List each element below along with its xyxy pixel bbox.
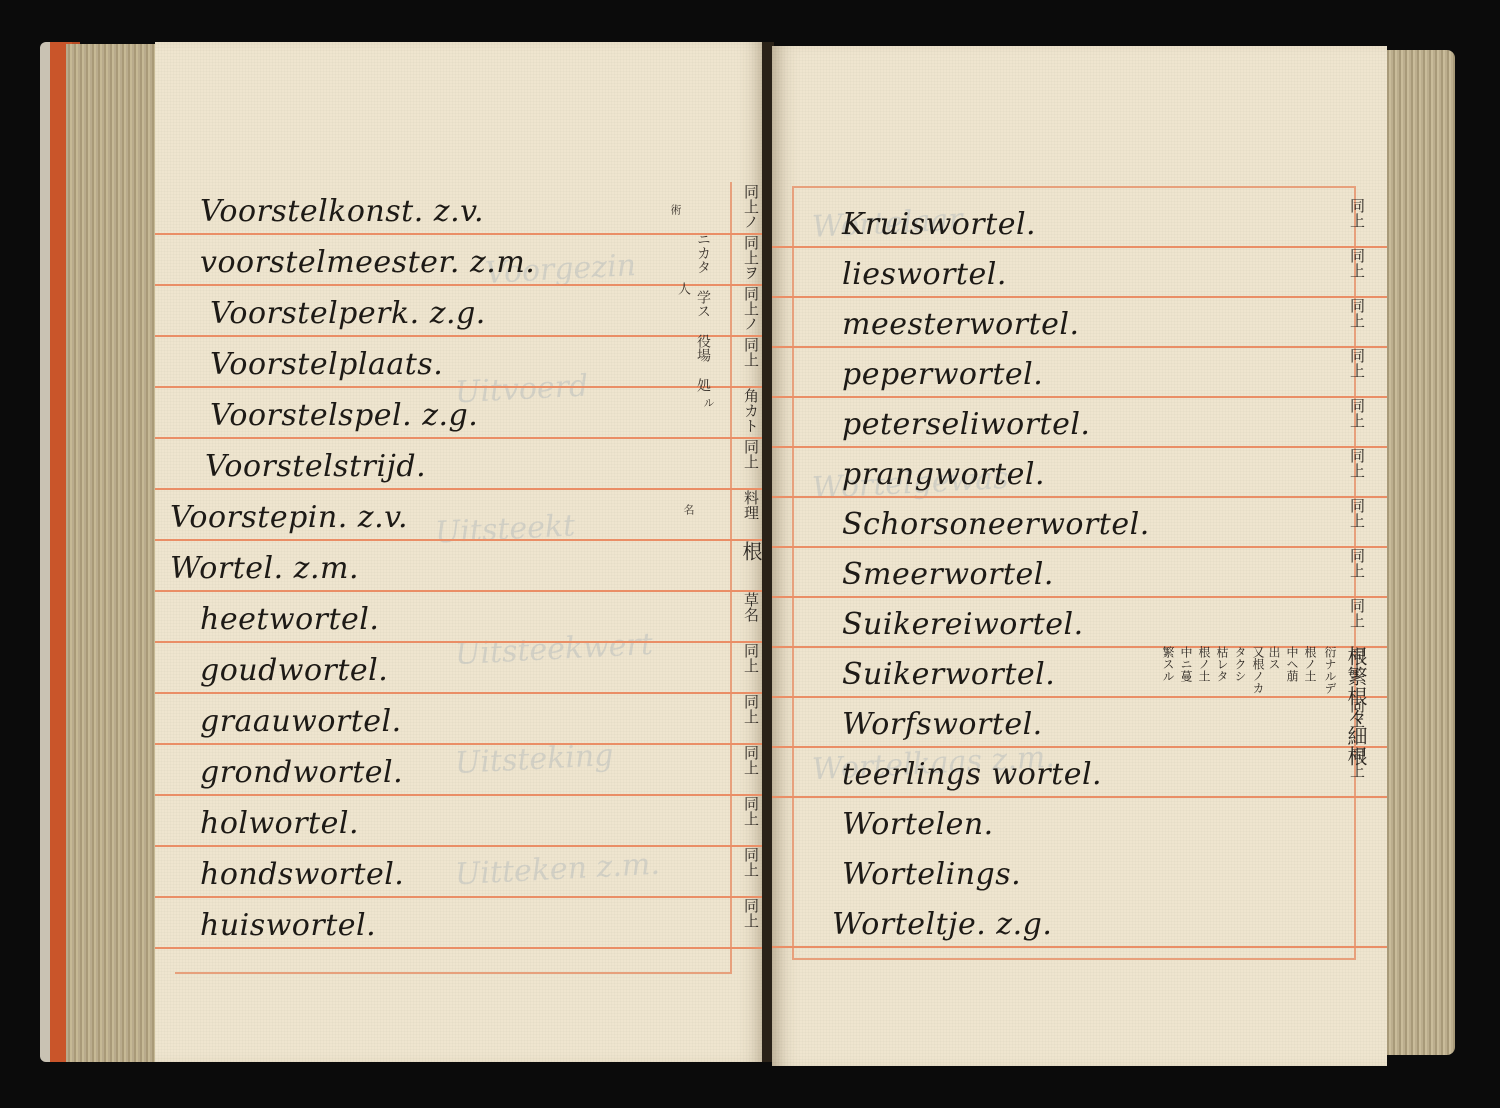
margin-note: ニカタ 学ス 役場 処: [695, 232, 711, 392]
japanese-gloss: 同上: [1339, 548, 1365, 578]
list-item: Worteltje. z.g.: [772, 896, 1387, 948]
japanese-gloss: 草名: [733, 592, 759, 622]
japanese-gloss: 同上ヲ: [733, 235, 759, 280]
dutch-headword: Suikereiwortel.: [842, 607, 1084, 642]
list-item: peperwortel. 同上: [772, 346, 1387, 398]
gloss-char: 繁: [1344, 666, 1368, 686]
dutch-headword: Voorstelplaats.: [210, 347, 443, 382]
list-item: Schorsoneerwortel. 同上: [772, 496, 1387, 548]
dutch-headword: huiswortel.: [200, 908, 376, 943]
list-item: Wortel. z.m. 根: [155, 539, 765, 592]
japanese-gloss: 根: [733, 541, 759, 561]
dutch-headword: Worteltje. z.g.: [832, 907, 1052, 942]
list-item: huiswortel. 同上: [155, 896, 765, 949]
list-item: holwortel. 同上: [155, 794, 765, 847]
list-item: Voorstelplaats. 同上: [155, 335, 765, 388]
dutch-headword: Suikerwortel.: [842, 657, 1055, 692]
list-item: voorstelmeester. z.m. 同上ヲ: [155, 233, 765, 286]
list-item: Voorstepin. z.v. 料理: [155, 488, 765, 541]
gloss-char: 根: [1344, 686, 1368, 706]
japanese-gloss: 同上: [1339, 248, 1365, 278]
dutch-headword: Schorsoneerwortel.: [842, 507, 1150, 542]
list-item: meesterwortel. 同上: [772, 296, 1387, 348]
gloss-column: 繁スル: [1161, 646, 1175, 682]
gloss-char: 根: [1344, 646, 1368, 666]
japanese-gloss: 同上: [733, 796, 759, 826]
left-page: Voorgezin Uitvoerd Uitsteekt Uitsteekwer…: [155, 42, 765, 1062]
margin-note: ル: [700, 397, 716, 408]
japanese-gloss: 同上: [1339, 398, 1365, 428]
dutch-headword: prangwortel.: [842, 457, 1045, 492]
dutch-headword: grondwortel.: [200, 755, 403, 790]
dutch-headword: graauwortel.: [200, 704, 402, 739]
dutch-headword: Wortel. z.m.: [170, 551, 359, 586]
japanese-gloss: 同上: [1339, 348, 1365, 378]
gloss-column: 又根ノカ: [1251, 646, 1265, 694]
list-item: hondswortel. 同上: [155, 845, 765, 898]
list-item: heetwortel. 草名: [155, 590, 765, 643]
dutch-headword: lieswortel.: [842, 257, 1007, 292]
list-item: goudwortel. 同上: [155, 641, 765, 694]
dutch-headword: holwortel.: [200, 806, 359, 841]
japanese-gloss: 同上: [733, 643, 759, 673]
japanese-gloss: 角カト: [733, 388, 759, 433]
gloss-char: 根: [1344, 746, 1368, 766]
dutch-headword: heetwortel.: [200, 602, 379, 637]
list-item: lieswortel. 同上: [772, 246, 1387, 298]
dutch-headword: meesterwortel.: [842, 307, 1080, 342]
gloss-column: 中ニ蔓: [1179, 646, 1193, 682]
margin-note: 名: [680, 504, 696, 515]
dutch-headword: Voorstelstrijd.: [205, 449, 426, 484]
gloss-char: 細: [1344, 726, 1368, 746]
japanese-gloss: 同上: [733, 847, 759, 877]
japanese-gloss: 同上: [733, 745, 759, 775]
list-item: graauwortel. 同上: [155, 692, 765, 745]
japanese-gloss: 同上: [733, 337, 759, 367]
open-book: Voorgezin Uitvoerd Uitsteekt Uitsteekwer…: [0, 0, 1500, 1108]
margin-note: 人: [673, 282, 692, 295]
page-edges-left: [66, 44, 156, 1062]
japanese-gloss: 同上: [733, 694, 759, 724]
dutch-headword: peperwortel.: [842, 357, 1043, 392]
japanese-gloss: 同上: [733, 898, 759, 928]
list-item: peterseliwortel. 同上: [772, 396, 1387, 448]
japanese-gloss: 同上ノ: [733, 184, 759, 229]
gloss-column: 根ノ土: [1303, 646, 1317, 682]
dutch-headword: Voorstelkonst. z.v.: [200, 194, 484, 229]
dutch-headword: Kruiswortel.: [842, 207, 1036, 242]
gloss-column: 中ヘ萠: [1285, 646, 1299, 682]
list-item: Voorstelspel. z.g. 角カト: [155, 386, 765, 439]
list-item: Voorstelstrijd. 同上: [155, 437, 765, 490]
dutch-headword: Voorstelperk. z.g.: [210, 296, 486, 331]
list-item: Wortelings.: [772, 846, 1387, 896]
gloss-column: タクシ: [1233, 646, 1247, 682]
list-item: grondwortel. 同上: [155, 743, 765, 796]
wortel-gloss-block: 根繁根々細根 衍ナルデ 根ノ土 中ヘ萠 出ス 又根ノカ タクシ 枯レタ 根ノ土 …: [1145, 646, 1375, 826]
dutch-headword: teerlings wortel.: [842, 757, 1102, 792]
dutch-headword: Worfswortel.: [842, 707, 1043, 742]
dutch-headword: goudwortel.: [200, 653, 388, 688]
dutch-headword: Wortelen.: [842, 807, 994, 842]
main-gloss: 根繁根々細根: [1345, 646, 1367, 826]
japanese-gloss: 同上: [1339, 298, 1365, 328]
margin-note: 術: [667, 204, 683, 215]
japanese-gloss: 同上: [1339, 598, 1365, 628]
gloss-column: 枯レタ: [1215, 646, 1229, 682]
japanese-gloss: 同上: [1339, 448, 1365, 478]
japanese-gloss: 同上: [733, 439, 759, 469]
dutch-headword: voorstelmeester. z.m.: [200, 245, 535, 280]
dutch-headword: Voorstelspel. z.g.: [210, 398, 478, 433]
dutch-headword: Smeerwortel.: [842, 557, 1054, 592]
gloss-column: 根ノ土: [1197, 646, 1211, 682]
dutch-headword: Wortelings.: [842, 857, 1021, 892]
page-edges-right: [1385, 50, 1455, 1055]
list-item: Suikereiwortel. 同上: [772, 596, 1387, 648]
japanese-gloss: 同上ノ: [733, 286, 759, 331]
list-item: Kruiswortel. 同上: [772, 196, 1387, 248]
list-item: prangwortel. 同上: [772, 446, 1387, 498]
right-page: Wortelaar Wortelgewas Wortelkaas z.m. Kr…: [772, 46, 1387, 1066]
japanese-gloss: 料理: [733, 490, 759, 520]
dutch-headword: Voorstepin. z.v.: [170, 500, 408, 535]
dutch-headword: hondswortel.: [200, 857, 404, 892]
japanese-gloss: 同上: [1339, 498, 1365, 528]
gloss-char: 々: [1344, 706, 1368, 726]
list-item: Smeerwortel. 同上: [772, 546, 1387, 598]
gloss-column: 衍ナルデ: [1323, 646, 1337, 694]
japanese-gloss: 同上: [1339, 198, 1365, 228]
gloss-column: 出ス: [1267, 646, 1281, 670]
dutch-headword: peterseliwortel.: [842, 407, 1090, 442]
